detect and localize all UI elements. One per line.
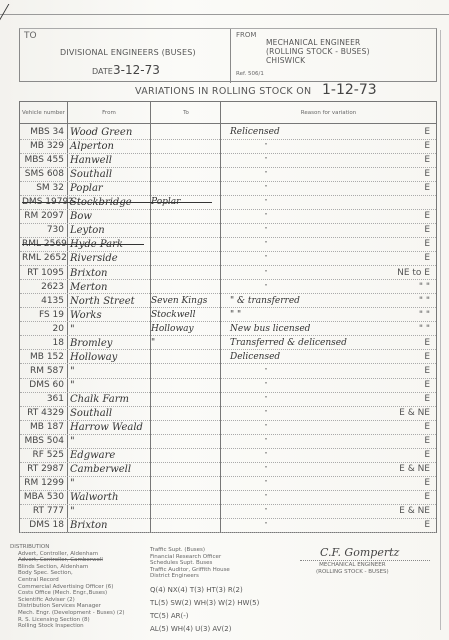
district-code-line: TL(5) SW(2) WH(3) W(2) HW(5): [150, 597, 259, 610]
status-mark: E: [370, 350, 430, 365]
reason: ": [265, 378, 267, 393]
vehicle-number: FS 19: [22, 308, 66, 323]
table-row: FS 19WorksStockwell" "" ": [20, 308, 436, 323]
distribution-item: Advert, Controller, Camberwell: [10, 557, 125, 564]
district-code-line: Q(4) NX(4) T(3) HT(3) R(2): [150, 584, 259, 597]
vehicle-number: RF 525: [22, 448, 66, 463]
table-row: 361Chalk Farm"E: [20, 392, 436, 407]
reason: ": [265, 504, 267, 519]
status-mark: E: [370, 153, 430, 168]
distribution-item: Mech. Engr. (Development - Buses) (2): [10, 610, 125, 617]
from-garage: ": [70, 504, 150, 519]
table-row: RML 2652Riverside"E: [20, 251, 436, 266]
vehicle-number: MB 187: [22, 420, 66, 435]
to-garage: [151, 406, 231, 421]
to-garage: [151, 518, 231, 533]
table-row: MBA 530Walworth"E: [20, 490, 436, 505]
table-header: Vehicle number From To Reason for variat…: [20, 102, 436, 124]
from-garage: Stockbridge: [70, 195, 150, 210]
top-rule: [0, 14, 449, 15]
reason: ": [265, 280, 267, 295]
to-garage: Holloway: [151, 322, 231, 337]
distribution-item: R. S. Licensing Section (8): [10, 617, 125, 624]
vehicle-number: RML 2569: [22, 237, 66, 252]
header-box: TO DIVISIONAL ENGINEERS (BUSES) DATE 3-1…: [19, 28, 437, 82]
to-garage: [151, 125, 231, 140]
from-garage: Riverside: [70, 251, 150, 266]
status-mark: E: [370, 167, 430, 182]
distribution-item: Blinds Section, Aldenham: [10, 564, 125, 571]
from-garage: Camberwell: [70, 462, 150, 477]
district-code-line: AL(5) WH(4) U(3) AV(2): [150, 623, 259, 636]
column-header-to: To: [151, 102, 221, 124]
table-row: 730Leyton"E: [20, 223, 436, 238]
table-row: DMS 1979?StockbridgePoplar": [20, 195, 436, 210]
status-mark: [370, 195, 430, 210]
table-row: DMS 60""E: [20, 378, 436, 393]
reason: ": [265, 209, 267, 224]
sender-line: MECHANICAL ENGINEER: [266, 38, 360, 47]
reason: ": [265, 420, 267, 435]
from-garage: Edgware: [70, 448, 150, 463]
status-mark: E: [370, 392, 430, 407]
table-row: RML 2569Hyde Park"E: [20, 237, 436, 252]
distribution-item: Rolling Stock Inspection: [10, 623, 125, 630]
signatory-title-line: (ROLLING STOCK - BUSES): [316, 569, 389, 576]
status-mark: E: [370, 364, 430, 379]
table-row: RT 4329Southall"E & NE: [20, 406, 436, 421]
document-title: VARIATIONS IN ROLLING STOCK ON: [135, 86, 311, 97]
reason: ": [265, 434, 267, 449]
from-garage: Southall: [70, 406, 150, 421]
column-header-reason: Reason for variation: [221, 102, 436, 124]
distribution-item: Traffic Auditor, Griffith House: [150, 567, 230, 574]
reason: ": [265, 139, 267, 154]
vehicle-number: 2623: [22, 280, 66, 295]
from-garage: Wood Green: [70, 125, 150, 140]
reason: ": [265, 392, 267, 407]
vehicle-number: MBS 34: [22, 125, 66, 140]
from-garage: Holloway: [70, 350, 150, 365]
to-garage: [151, 504, 231, 519]
vehicle-number: RT 1095: [22, 266, 66, 281]
vehicle-number: DMS 60: [22, 378, 66, 393]
vehicle-number: RT 4329: [22, 406, 66, 421]
reason: ": [265, 237, 267, 252]
date-label: DATE: [92, 67, 113, 76]
from-garage: ": [70, 434, 150, 449]
status-mark: E & NE: [370, 504, 430, 519]
to-garage: [151, 280, 231, 295]
to-garage: [151, 392, 231, 407]
to-garage: Poplar: [151, 195, 231, 210]
to-garage: [151, 153, 231, 168]
from-garage: Hanwell: [70, 153, 150, 168]
reason: ": [265, 167, 267, 182]
table-row: MBS 34Wood GreenRelicensedE: [20, 125, 436, 140]
from-garage: Harrow Weald: [70, 420, 150, 435]
from-garage: Poplar: [70, 181, 150, 196]
signatory-title: MECHANICAL ENGINEER (ROLLING STOCK - BUS…: [316, 562, 389, 576]
reason: ": [265, 266, 267, 281]
from-garage: Hyde Park: [70, 237, 150, 252]
variations-table: Vehicle number From To Reason for variat…: [19, 101, 437, 533]
vehicle-number: 20: [22, 322, 66, 337]
sender-line: (ROLLING STOCK - BUSES): [266, 47, 370, 56]
vehicle-number: SM 32: [22, 181, 66, 196]
table-row: DMS 18Brixton"E: [20, 518, 436, 533]
from-garage: Brixton: [70, 266, 150, 281]
document-page: TO DIVISIONAL ENGINEERS (BUSES) DATE 3-1…: [0, 0, 449, 640]
table-row: MB 152HollowayDelicensedE: [20, 350, 436, 365]
table-row: 18Bromley"Transferred & delicensedE: [20, 336, 436, 351]
from-garage: Brixton: [70, 518, 150, 533]
distribution-item: Distribution Services Manager: [10, 603, 125, 610]
distribution-item: Central Record: [10, 577, 125, 584]
status-mark: " ": [370, 280, 430, 295]
distribution-item: Traffic Supt. (Buses): [150, 547, 230, 554]
table-row: 4135North StreetSeven Kings" & transferr…: [20, 294, 436, 309]
table-row: SM 32Poplar"E: [20, 181, 436, 196]
table-row: MBS 455Hanwell"E: [20, 153, 436, 168]
status-mark: E & NE: [370, 406, 430, 421]
signatory-title-line: MECHANICAL ENGINEER: [316, 562, 389, 569]
distribution-item: Schedules Supt. Buses: [150, 560, 230, 567]
vehicle-number: RM 2097: [22, 209, 66, 224]
table-row: SMS 608Southall"E: [20, 167, 436, 182]
district-codes: Q(4) NX(4) T(3) HT(3) R(2)TL(5) SW(2) WH…: [150, 584, 259, 636]
status-mark: E: [370, 139, 430, 154]
table-row: RT 777""E & NE: [20, 504, 436, 519]
table-row: MB 329Alperton"E: [20, 139, 436, 154]
status-mark: E: [370, 181, 430, 196]
table-row: RM 2097Bow"E: [20, 209, 436, 224]
distribution-item: Costs Office (Mech. Engr.,Buses): [10, 590, 125, 597]
sender-line: CHISWICK: [266, 56, 305, 65]
vehicle-number: 18: [22, 336, 66, 351]
distribution-item: Body Spec. Section,: [10, 570, 125, 577]
table-row: MBS 504""E: [20, 434, 436, 449]
reason: ": [265, 462, 267, 477]
to-garage: [151, 181, 231, 196]
to-garage: [151, 490, 231, 505]
from-garage: Bow: [70, 209, 150, 224]
to-garage: [151, 223, 231, 238]
from-garage: ": [70, 378, 150, 393]
reason: ": [265, 153, 267, 168]
vehicle-number: 361: [22, 392, 66, 407]
status-mark: E: [370, 518, 430, 533]
pen-mark: [0, 4, 24, 26]
vehicle-number: MB 329: [22, 139, 66, 154]
reason: ": [265, 448, 267, 463]
table-row: RM 587""E: [20, 364, 436, 379]
status-mark: " ": [370, 294, 430, 309]
status-mark: E: [370, 476, 430, 491]
status-mark: E: [370, 223, 430, 238]
table-row: RT 1095Brixton"NE to E: [20, 266, 436, 281]
to-garage: [151, 139, 231, 154]
to-garage: [151, 364, 231, 379]
status-mark: E: [370, 251, 430, 266]
status-mark: E: [370, 490, 430, 505]
to-garage: [151, 448, 231, 463]
vehicle-number: DMS 18: [22, 518, 66, 533]
from-garage: Chalk Farm: [70, 392, 150, 407]
variation-date: 1-12-73: [322, 82, 377, 98]
table-row: 20"HollowayNew bus licensed" ": [20, 322, 436, 337]
column-header-from: From: [68, 102, 150, 124]
vehicle-number: MBA 530: [22, 490, 66, 505]
reason: ": [265, 251, 267, 266]
distribution-item: Advert, Controller, Aldenham: [10, 551, 125, 558]
vehicle-number: RT 2987: [22, 462, 66, 477]
distribution-right: Traffic Supt. (Buses)Financial Research …: [150, 547, 230, 580]
district-code-line: TC(5) AR(-): [150, 610, 259, 623]
distribution-item: Commercial Advertising Officer (6): [10, 584, 125, 591]
reason: ": [265, 364, 267, 379]
reason: ": [265, 181, 267, 196]
status-mark: E: [370, 125, 430, 140]
signature-line: [300, 560, 430, 561]
reason: ": [265, 518, 267, 533]
vehicle-number: MB 152: [22, 350, 66, 365]
status-mark: " ": [370, 308, 430, 323]
to-garage: [151, 266, 231, 281]
status-mark: " ": [370, 322, 430, 337]
status-mark: E: [370, 434, 430, 449]
distribution-item: District Engineers: [150, 573, 230, 580]
to-garage: [151, 209, 231, 224]
status-mark: E & NE: [370, 462, 430, 477]
to-garage: Seven Kings: [151, 294, 231, 309]
from-garage: ": [70, 364, 150, 379]
from-garage: ": [70, 322, 150, 337]
to-label: TO: [24, 31, 37, 41]
reason: ": [265, 406, 267, 421]
vehicle-number: SMS 608: [22, 167, 66, 182]
table-row: 2623Merton"" ": [20, 280, 436, 295]
table-row: RT 2987Camberwell"E & NE: [20, 462, 436, 477]
from-garage: Walworth: [70, 490, 150, 505]
distribution-left: Advert, Controller, AldenhamAdvert, Cont…: [10, 551, 125, 630]
signature: C.F. Gompertz: [320, 546, 399, 559]
distribution-list: DISTRIBUTION Advert, Controller, Aldenha…: [10, 544, 125, 630]
to-garage: [151, 251, 231, 266]
reason: ": [265, 223, 267, 238]
to-garage: [151, 476, 231, 491]
to-garage: Stockwell: [151, 308, 231, 323]
to-garage: [151, 237, 231, 252]
from-garage: North Street: [70, 294, 150, 309]
status-mark: E: [370, 448, 430, 463]
vehicle-number: MBS 455: [22, 153, 66, 168]
from-label: FROM: [236, 31, 256, 39]
header-divider: [230, 29, 231, 83]
to-garage: [151, 350, 231, 365]
distribution-heading: DISTRIBUTION: [10, 544, 125, 551]
status-mark: E: [370, 336, 430, 351]
reference: Ref. 506/1: [236, 71, 264, 77]
from-garage: Leyton: [70, 223, 150, 238]
table-row: RF 525Edgware"E: [20, 448, 436, 463]
reason: ": [265, 195, 267, 210]
vehicle-number: RM 587: [22, 364, 66, 379]
status-mark: E: [370, 378, 430, 393]
distribution-item: Financial Research Officer: [150, 554, 230, 561]
to-garage: ": [151, 336, 231, 351]
from-garage: Merton: [70, 280, 150, 295]
from-garage: ": [70, 476, 150, 491]
to-garage: [151, 434, 231, 449]
status-mark: E: [370, 420, 430, 435]
vehicle-number: 730: [22, 223, 66, 238]
to-garage: [151, 462, 231, 477]
from-garage: Southall: [70, 167, 150, 182]
status-mark: NE to E: [370, 266, 430, 281]
recipient: DIVISIONAL ENGINEERS (BUSES): [60, 48, 196, 57]
vehicle-number: RT 777: [22, 504, 66, 519]
vehicle-number: 4135: [22, 294, 66, 309]
from-garage: Works: [70, 308, 150, 323]
vehicle-number: RM 1299: [22, 476, 66, 491]
to-garage: [151, 378, 231, 393]
from-garage: Alperton: [70, 139, 150, 154]
from-garage: Bromley: [70, 336, 150, 351]
vehicle-number: RML 2652: [22, 251, 66, 266]
column-header-vehicle: Vehicle number: [20, 102, 67, 124]
status-mark: E: [370, 209, 430, 224]
reason: ": [265, 490, 267, 505]
distribution-item: Scientific Adviser (2): [10, 597, 125, 604]
to-garage: [151, 420, 231, 435]
to-garage: [151, 167, 231, 182]
table-row: RM 1299""E: [20, 476, 436, 491]
vehicle-number: DMS 1979?: [22, 195, 66, 210]
vehicle-number: MBS 504: [22, 434, 66, 449]
page-edge: [440, 30, 441, 630]
reason: ": [265, 476, 267, 491]
table-row: MB 187Harrow Weald"E: [20, 420, 436, 435]
status-mark: E: [370, 237, 430, 252]
issue-date: 3-12-73: [113, 63, 160, 77]
